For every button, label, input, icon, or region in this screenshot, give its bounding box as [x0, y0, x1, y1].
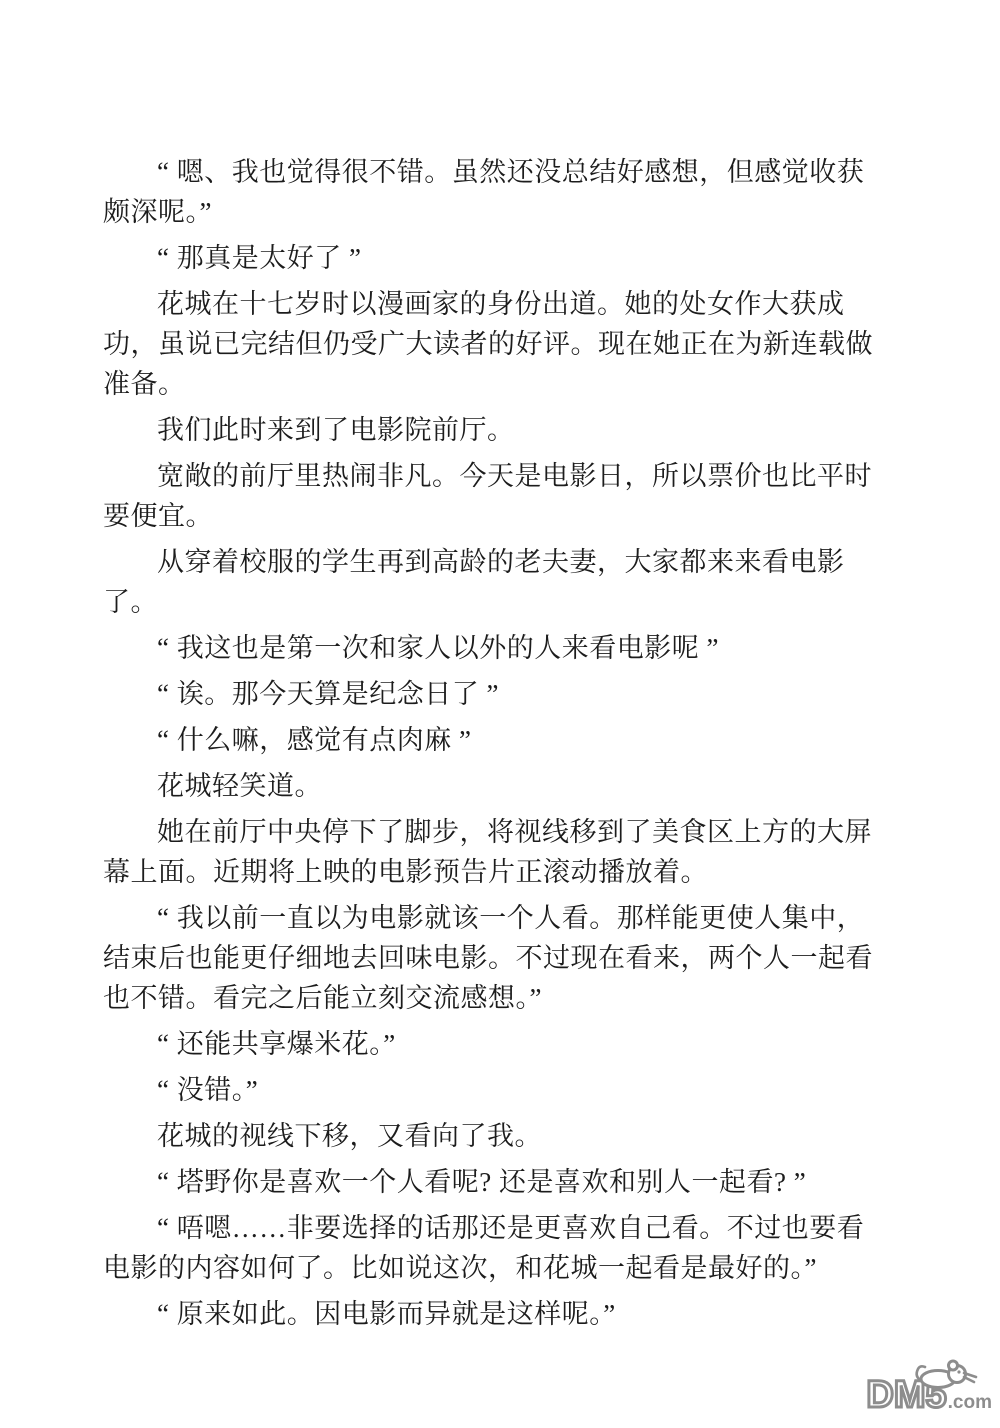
paragraph: “ 塔野你是喜欢一个人看呢? 还是喜欢和别人一起看? ” [103, 1162, 879, 1202]
mouse-icon [912, 1359, 978, 1389]
paragraph: 我们此时来到了电影院前厅。 [103, 410, 879, 450]
paragraph: “ 嗯、我也觉得很不错。虽然还没总结好感想，但感觉收获颇深呢。” [103, 152, 879, 232]
paragraph: 宽敞的前厅里热闹非凡。今天是电影日，所以票价也比平时要便宜。 [103, 456, 879, 536]
paragraph: 花城轻笑道。 [103, 766, 879, 806]
paragraph: “ 唔嗯……非要选择的话那还是更喜欢自己看。不过也要看电影的内容如何了。比如说这… [103, 1208, 879, 1288]
paragraph: “ 我这也是第一次和家人以外的人来看电影呢 ” [103, 628, 879, 668]
paragraph: 从穿着校服的学生再到高龄的老夫妻，大家都来来看电影了。 [103, 542, 879, 622]
watermark-suffix: .com [948, 1393, 992, 1414]
paragraph: 她在前厅中央停下了脚步，将视线移到了美食区上方的大屏幕上面。近期将上映的电影预告… [103, 812, 879, 892]
paragraph: “ 原来如此。因电影而异就是这样呢。” [103, 1294, 879, 1334]
paragraph: “ 还能共享爆米花。” [103, 1024, 879, 1064]
page: { "page": { "background": "#ffffff", "te… [0, 0, 1000, 1428]
paragraph: “ 什么嘛，感觉有点肉麻 ” [103, 720, 879, 760]
paragraph: “ 我以前一直以为电影就该一个人看。那样能更使人集中，结束后也能更仔细地去回味电… [103, 898, 879, 1018]
paragraph: 花城在十七岁时以漫画家的身份出道。她的处女作大获成功，虽说已完结但仍受广大读者的… [103, 284, 879, 404]
paragraph: “ 那真是太好了 ” [103, 238, 879, 278]
paragraph: “ 诶。那今天算是纪念日了 ” [103, 674, 879, 714]
paragraph: “ 没错。” [103, 1070, 879, 1110]
dm5-watermark: DM5.com [866, 1376, 992, 1414]
paragraph: 花城的视线下移，又看向了我。 [103, 1116, 879, 1156]
novel-text-page: “ 嗯、我也觉得很不错。虽然还没总结好感想，但感觉收获颇深呢。” “ 那真是太好… [103, 152, 879, 1340]
